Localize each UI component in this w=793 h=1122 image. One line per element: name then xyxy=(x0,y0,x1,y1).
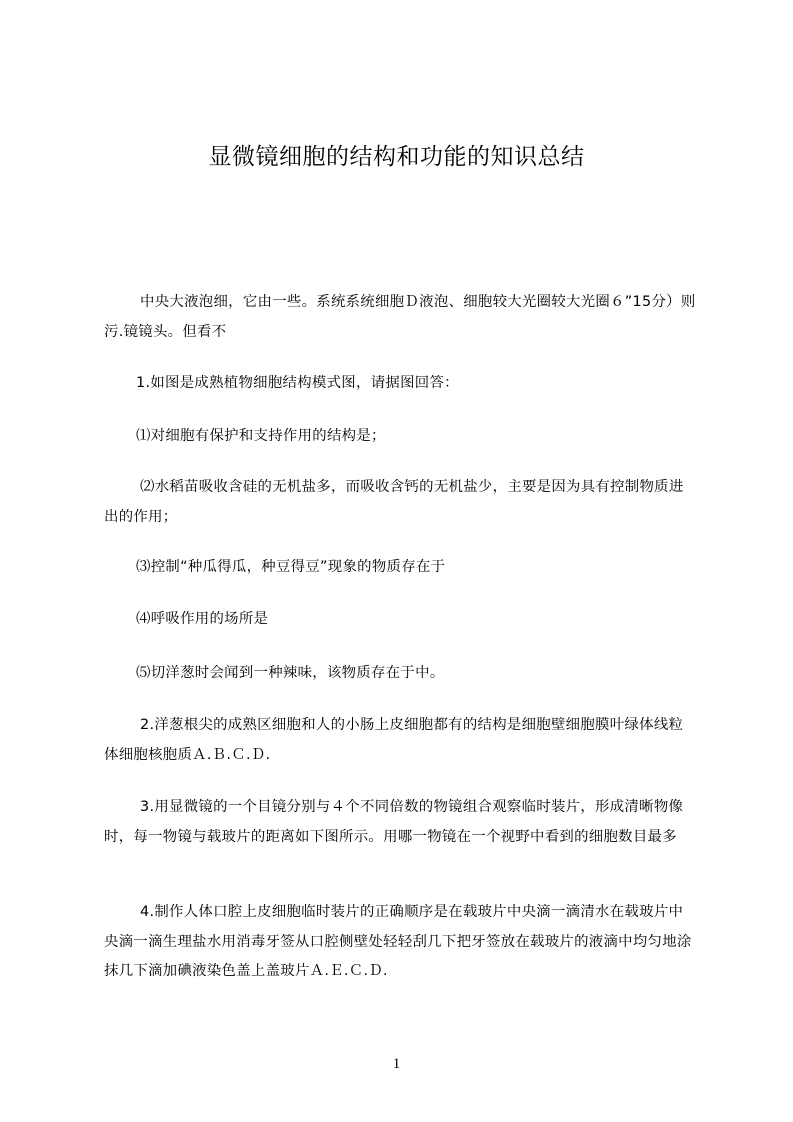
document-title: 显微镜细胞的结构和功能的知识总结 xyxy=(0,140,793,174)
question-3: 3.用显微镜的一个目镜分别与４个不同倍数的物镜组合观察临时装片，形成清晰物像时，… xyxy=(104,793,696,852)
question-4: 4.制作人体口腔上皮细胞临时装片的正确顺序是在载玻片中央滴一滴清水在载玻片中央滴… xyxy=(104,898,696,987)
document-page: 显微镜细胞的结构和功能的知识总结 中央大液泡细，它由一些。系统系统细胞Ｄ液泡、细… xyxy=(0,0,793,1122)
question-2: 2.洋葱根尖的成熟区细胞和人的小肠上皮细胞都有的结构是细胞壁细胞膜叶绿体线粒体细… xyxy=(104,711,696,770)
question-1: 1.如图是成熟植物细胞结构模式图，请据图回答： xyxy=(104,369,696,399)
intro-paragraph: 中央大液泡细，它由一些。系统系统细胞Ｄ液泡、细胞较大光圈较大光圈６”15分）则污… xyxy=(104,288,696,347)
page-number: 1 xyxy=(0,1054,793,1074)
question-1-part-5: ⑸切洋葱时会闻到一种辣味，该物质存在于中。 xyxy=(104,659,696,689)
question-1-part-4: ⑷呼吸作用的场所是 xyxy=(104,605,696,635)
question-1-part-3: ⑶控制“种瓜得瓜，种豆得豆”现象的物质存在于 xyxy=(104,553,696,583)
question-1-part-2: ⑵水稻苗吸收含硅的无机盐多，而吸收含钙的无机盐少，主要是因为具有控制物质进出的作… xyxy=(104,473,696,532)
question-1-part-1: ⑴对细胞有保护和支持作用的结构是； xyxy=(104,422,696,452)
